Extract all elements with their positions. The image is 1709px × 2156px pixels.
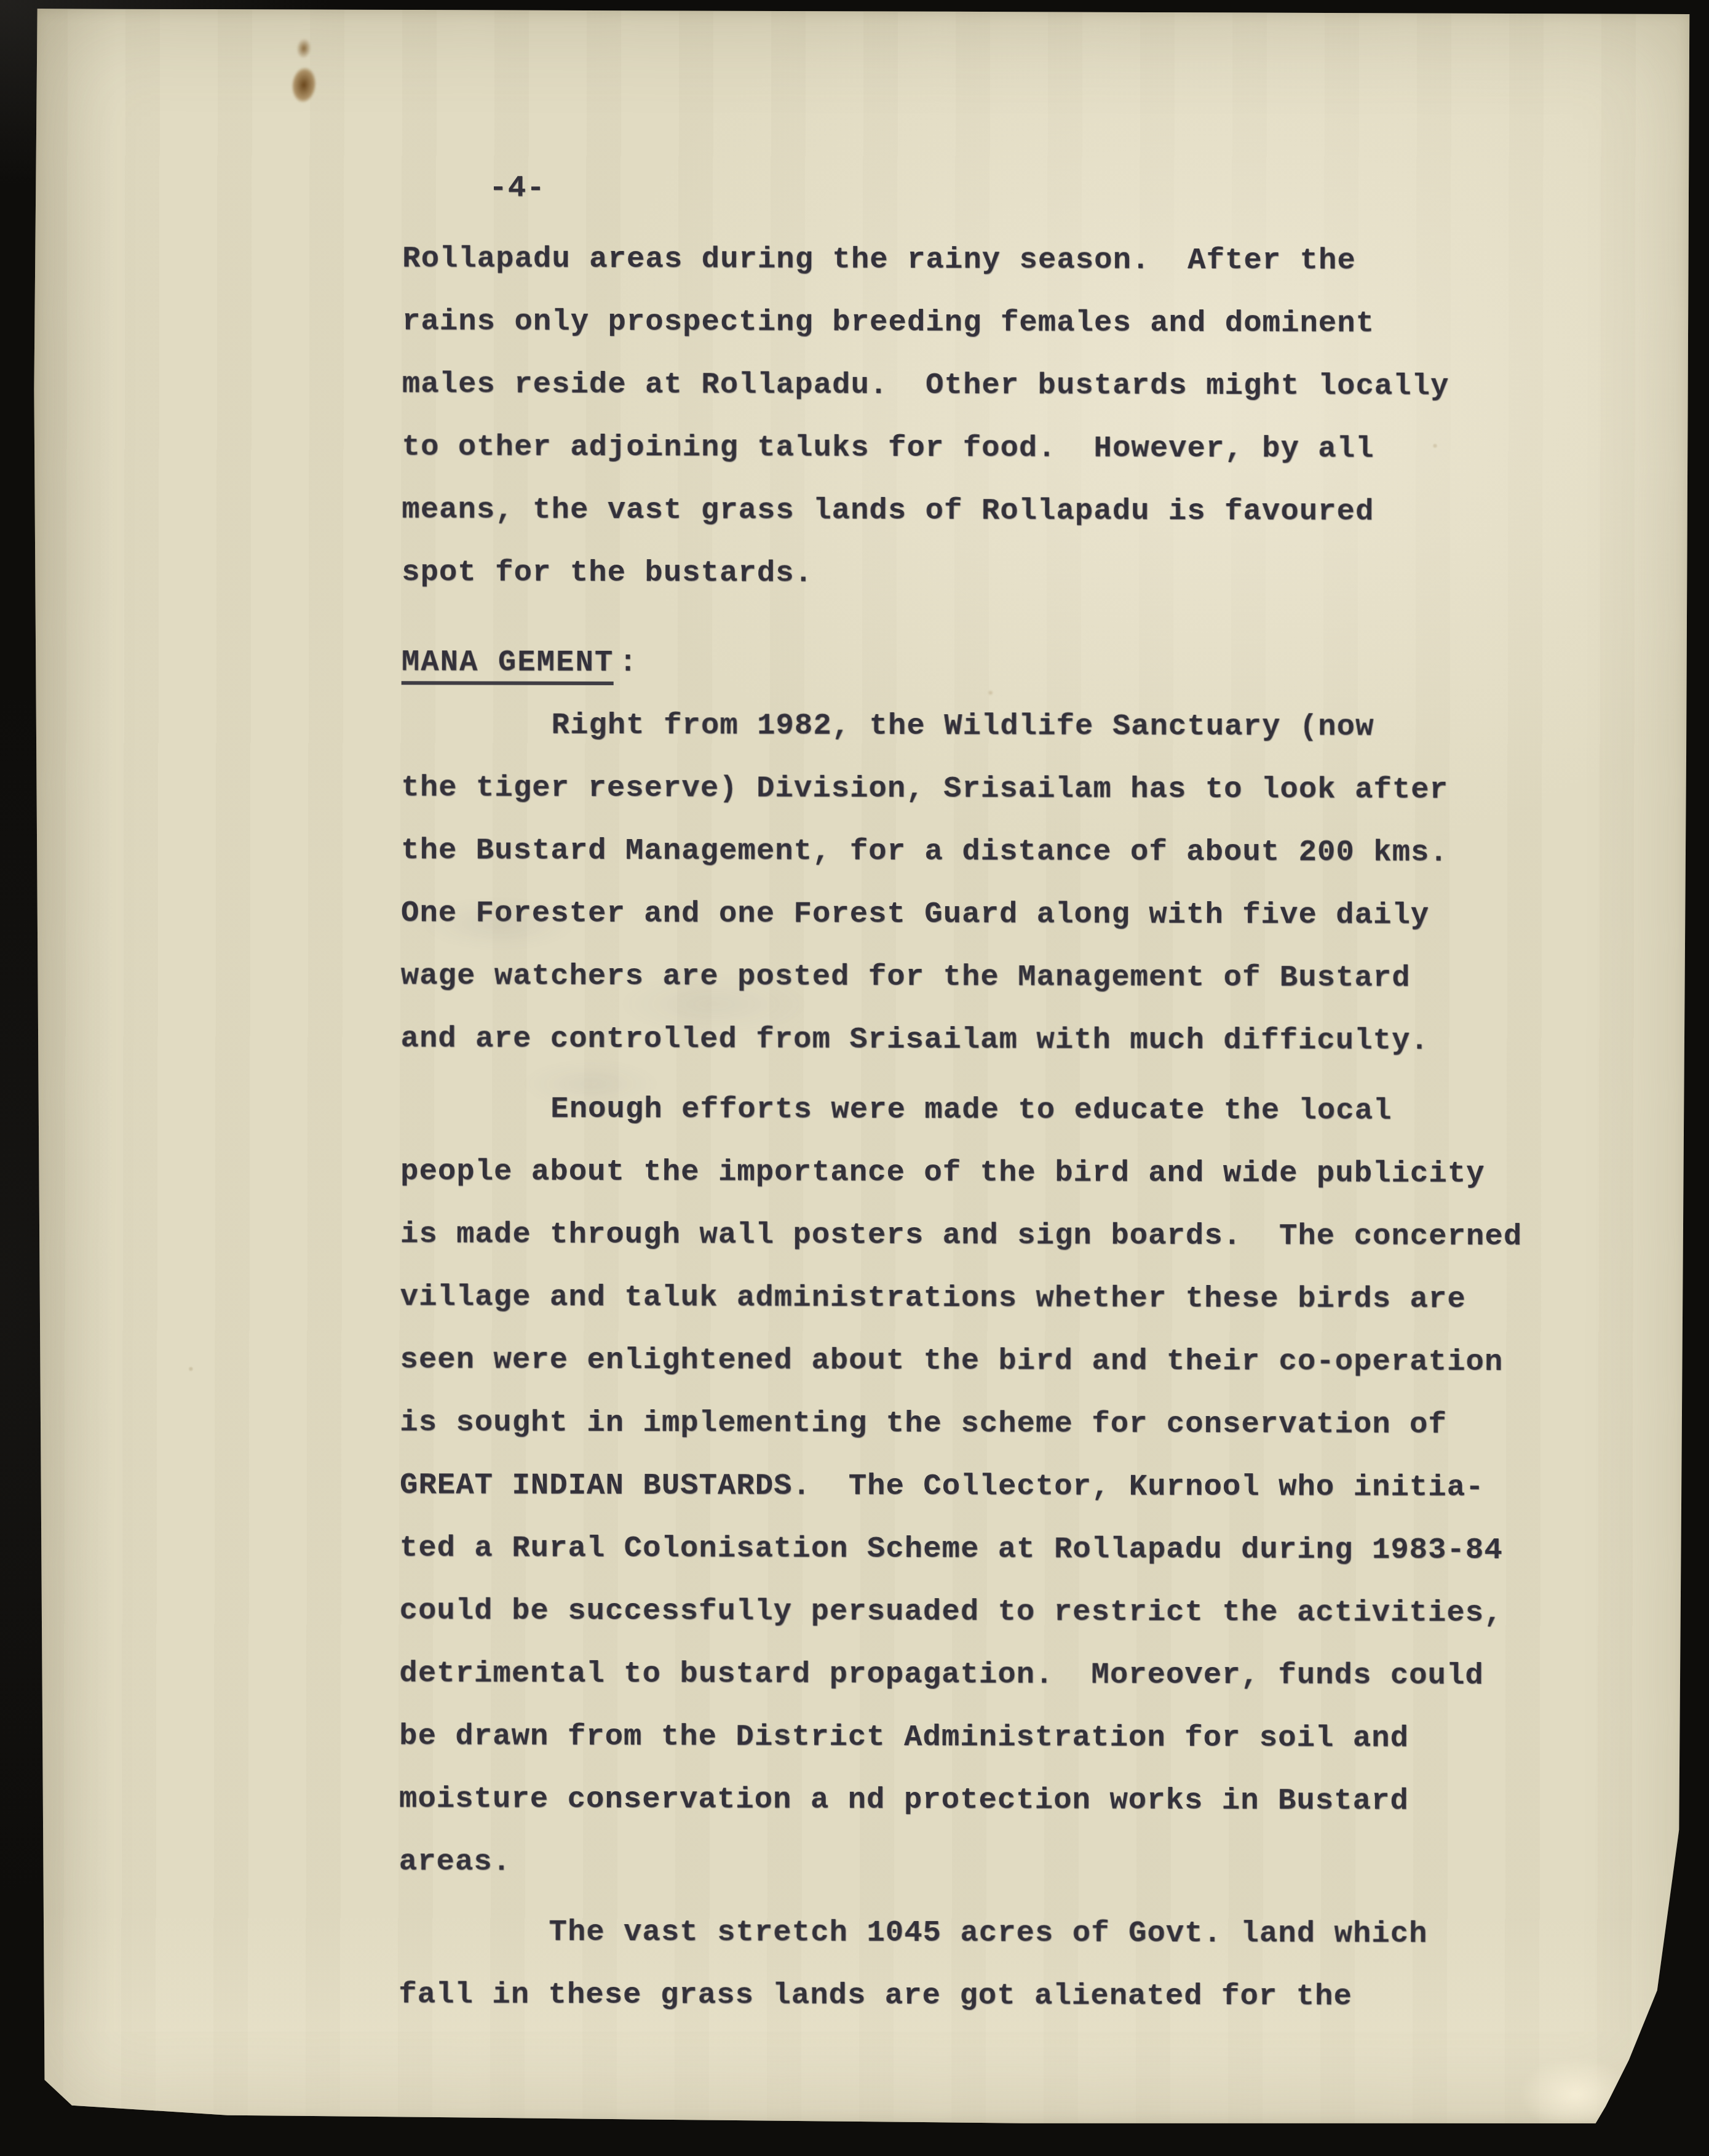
text-line: and are controlled from Srisailam with m…: [400, 1007, 1606, 1072]
text-line: rains only prospecting breeding females …: [402, 290, 1608, 355]
text-line: the Bustard Management, for a distance o…: [401, 819, 1606, 884]
paragraph: The vast stretch 1045 acres of Govt. lan…: [399, 1900, 1604, 2028]
document-page: -4- Rollapadu areas during the rainy sea…: [29, 9, 1691, 2126]
text-line: areas.: [399, 1830, 1604, 1895]
text-line: fall in these grass lands are got aliena…: [399, 1963, 1604, 2028]
text-line: means, the vast grass lands of Rollapadu…: [402, 478, 1607, 543]
heading-colon: :: [619, 645, 638, 680]
text-line: village and taluk administrations whethe…: [400, 1265, 1606, 1331]
stain-mark: [280, 31, 327, 107]
text-line: One Forester and one Forest Guard along …: [401, 881, 1606, 947]
text-line: is made through wall posters and sign bo…: [400, 1203, 1606, 1268]
text-line: seen were enlightened about the bird and…: [400, 1328, 1605, 1393]
text-line: ted a Rural Colonisation Scheme at Rolla…: [400, 1516, 1605, 1581]
text-line: males reside at Rollapadu. Other bustard…: [402, 352, 1608, 418]
text-line: people about the importance of the bird …: [400, 1140, 1606, 1205]
torn-corner-highlight: [1515, 2029, 1650, 2122]
paper-specks: [33, 9, 34, 10]
text-line: GREAT INDIAN BUSTARDS. The Collector, Ku…: [400, 1454, 1605, 1519]
text-line: be drawn from the District Administratio…: [399, 1705, 1604, 1770]
text-line: detrimental to bustard propagation. More…: [399, 1642, 1604, 1707]
section-heading-management: MANA GEMENT:: [402, 630, 1607, 696]
text-line: to other adjoining taluks for food. Howe…: [402, 415, 1607, 480]
text-line: Enough efforts were made to educate the …: [400, 1077, 1606, 1142]
paragraph: Rollapadu areas during the rainy season.…: [402, 227, 1608, 606]
text-line: the tiger reserve) Division, Srisailam h…: [401, 756, 1606, 821]
scan-background: -4- Rollapadu areas during the rainy sea…: [0, 0, 1709, 2156]
text-line: could be successfully persuaded to restr…: [399, 1579, 1604, 1644]
page-number: -4-: [489, 173, 545, 204]
text-line: is sought in implementing the scheme for…: [400, 1391, 1605, 1456]
paragraph: Right from 1982, the Wildlife Sanctuary …: [400, 693, 1606, 1072]
text-line: wage watchers are posted for the Managem…: [401, 944, 1606, 1009]
text-line: The vast stretch 1045 acres of Govt. lan…: [399, 1900, 1604, 1965]
text-line: Right from 1982, the Wildlife Sanctuary …: [401, 693, 1606, 758]
text-line: spot for the bustards.: [402, 541, 1607, 606]
heading-underlined-text: MANA GEMENT: [402, 645, 614, 685]
text-line: Rollapadu areas during the rainy season.…: [402, 227, 1608, 292]
typewritten-text: Rollapadu areas during the rainy season.…: [399, 227, 1608, 2028]
paragraph: Enough efforts were made to educate the …: [399, 1077, 1606, 1895]
text-line: moisture conservation a nd protection wo…: [399, 1767, 1604, 1832]
